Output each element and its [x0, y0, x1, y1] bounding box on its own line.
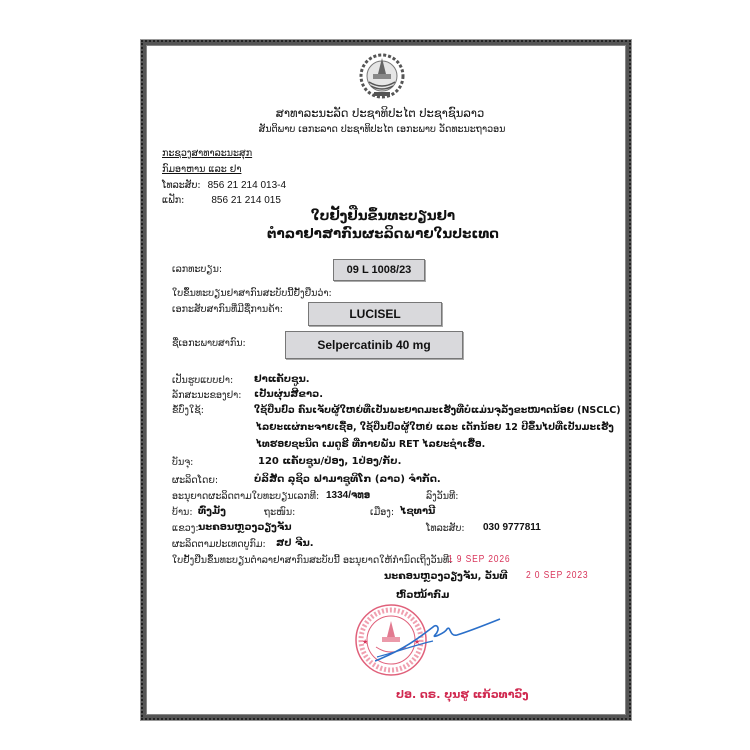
village-value: ທົ່ງມັງ — [198, 506, 226, 517]
manufacturer-label: ຜະລິດໂດຍ: — [172, 475, 218, 486]
brand-value: LUCISEL — [308, 302, 442, 326]
fax-label: ແຟັກ: — [162, 195, 184, 206]
street-label: ຖະໜົນ: — [264, 507, 295, 518]
pack-label: ບັນຈຸ: — [172, 457, 193, 468]
signature-icon — [375, 615, 505, 665]
dosage-form-label: ເປັນຮູບແບບຢາ: — [172, 375, 233, 386]
province-value: ນະຄອນຫຼວງວຽງຈັນ — [198, 522, 292, 533]
dosage-form-value: ຢາແຄັບຊູນ. — [254, 374, 310, 385]
phone-label: ໂທລະສັບ: — [162, 180, 201, 191]
fax-value: 856 21 214 015 — [211, 195, 281, 206]
district-value: ໄຊທານີ — [400, 506, 435, 517]
fax-row: ແຟັກ: 856 21 214 015 — [162, 195, 281, 206]
village-label: ບ້ານ: — [172, 507, 193, 518]
certificate-title: ໃບຢັ້ງຢືນຂຶ້ນທະບຽນຢາ — [0, 208, 750, 224]
province-label: ແຂວງ: — [172, 523, 199, 534]
tel-label: ໂທລະສັບ: — [426, 523, 465, 534]
svg-text:★: ★ — [362, 638, 368, 646]
reg-number-label: ເລກທະບຽນ: — [172, 264, 222, 275]
origin-value: ສປ ຈີນ. — [276, 538, 314, 549]
certificate-subtitle: ຕຳລາຢາສາກົນຜະລິດພາຍໃນປະເທດ — [0, 226, 750, 242]
country-motto: ສັນຕິພາບ ເອກະລາດ ປະຊາທິປະໄຕ ເອກະພາບ ວັດທ… — [0, 124, 750, 135]
license-value: 1334/ຈທອ — [326, 490, 370, 501]
indication-line-3: ໄທຮອຍຊະນິດ ເມດູຣີ ທີ່ກາຍພັນ RET ໄລຍະຊຳເຮ… — [256, 439, 485, 450]
origin-label: ຜະລິດຕາມປະເທດບູກົມ: — [172, 539, 266, 550]
appearance-value: ເປັນຜຸ່ນສີຂາວ. — [254, 389, 323, 400]
indication-line-2: ໄລຍະແຜ່ກະຈາຍເຊື້ອ, ໃຊ້ປິ່ນປົວຜູ້ໃຫຍ່ ແລະ… — [256, 422, 614, 433]
indication-label: ຂໍ້ບົ່ງໃຊ້: — [172, 405, 204, 416]
place-date-label: ນະຄອນຫຼວງວຽງຈັນ, ວັນທີ — [384, 571, 508, 582]
tel-value: 030 9777811 — [483, 522, 541, 533]
district-label: ເມືອງ: — [370, 507, 394, 518]
department-name: ກົມອາຫານ ແລະ ຢາ — [162, 164, 241, 175]
certify-text: ໃບຂຶ້ນທະບຽນຢາສາກົນສະບັບນີ້ຢັ້ງຢືນວ່າ: — [172, 288, 332, 299]
issue-date: 2 0 SEP 2023 — [526, 570, 589, 581]
appearance-label: ລັກສະນະຂອງຢາ: — [172, 390, 241, 401]
lao-emblem-icon — [356, 52, 408, 100]
signer-title: ຫົວໜ້າກົມ — [396, 590, 449, 601]
manufacturer-value: ບໍລິສັດ ລຸຊິວ ຟາມາຊູທິໂກ (ລາວ) ຈຳກັດ. — [254, 474, 441, 485]
phone-row: ໂທລະສັບ: 856 21 214 013-4 — [162, 180, 286, 191]
expiry-date: 1 9 SEP 2026 — [448, 554, 511, 565]
ministry-name: ກະຊວງສາທາລະນະສຸກ — [162, 148, 252, 159]
pack-value: 120 ແຄັບຊູນ/ປ່ອງ, 1ປ່ອງ/ກັບ. — [258, 456, 401, 467]
license-date-label: ລົງວັນທີ: — [426, 491, 458, 502]
reg-number-value: 09 L 1008/23 — [333, 259, 425, 281]
license-label: ອະນຸຍາດຜະລິດຕາມໃບທະບຽນເລກທີ: — [172, 491, 319, 502]
generic-name-label: ຊື່ເອກະພາບສາກົນ: — [172, 338, 246, 349]
validity-text: ໃບຢັ້ງຢືນຂຶ້ນທະບຽນຕຳລາຢາສາກົນສະບັບນີ້ ອະ… — [172, 555, 452, 566]
generic-name-value: Selpercatinib 40 mg — [285, 331, 463, 359]
signer-name: ປອ. ດຣ. ບຸນຮູ ແກ້ວທາວົງ — [396, 688, 529, 701]
brand-label: ເອກະສັບສາກົນທີ່ມີຊື່ການຄ້າ: — [172, 304, 283, 315]
phone-value: 856 21 214 013-4 — [208, 180, 286, 191]
indication-line-1: ໃຊ້ປິ່ນປົວ ຄົນເຈັບຜູ້ໃຫຍ່ທີ່ເປັນພະຍາດມະເ… — [254, 405, 621, 416]
country-name: ສາທາລະນະລັດ ປະຊາທິປະໄຕ ປະຊາຊົນລາວ — [0, 106, 750, 120]
